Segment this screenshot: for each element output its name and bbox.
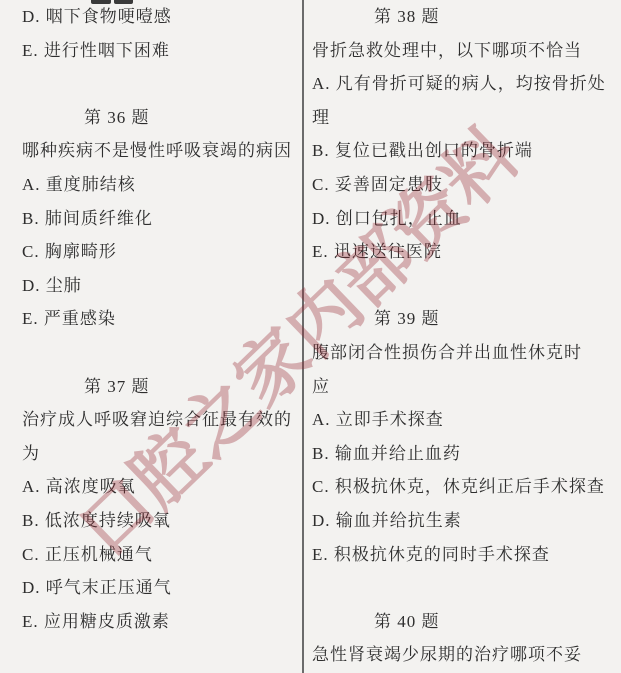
text-line: C. 积极抗休克，休克纠正后手术探查	[312, 470, 621, 504]
text-line: B. 低浓度持续吸氧	[22, 504, 302, 538]
text-line: A. 高浓度吸氧	[22, 470, 302, 504]
text-line: E. 迅速送往医院	[312, 235, 621, 269]
text-line: 为	[22, 437, 302, 471]
question-header: 第 36 题	[22, 101, 302, 135]
text-line: A. 重度肺结核	[22, 168, 302, 202]
text-line: 应	[312, 370, 621, 404]
text-line: 急性肾衰竭少尿期的治疗哪项不妥	[312, 638, 621, 672]
text-line: A. 凡有骨折可疑的病人，均按骨折处	[312, 67, 621, 101]
text-line: 腹部闭合性损伤合并出血性休克时	[312, 336, 621, 370]
text-line: E. 严重感染	[22, 302, 302, 336]
question-header: 第 40 题	[312, 605, 621, 639]
text-line: B. 复位已戳出创口的骨折端	[312, 134, 621, 168]
text-line: B. 输血并给止血药	[312, 437, 621, 471]
text-line: C. 胸廓畸形	[22, 235, 302, 269]
question-header: 第 38 题	[312, 0, 621, 34]
question-header: 第 37 题	[22, 370, 302, 404]
text-line: 骨折急救处理中，以下哪项不恰当	[312, 34, 621, 68]
text-line: A. 立即手术探查	[312, 403, 621, 437]
text-line: 治疗成人呼吸窘迫综合征最有效的	[22, 403, 302, 437]
scan-artifact	[91, 0, 111, 4]
text-line: B. 肺间质纤维化	[22, 202, 302, 236]
text-line: 哪种疾病不是慢性呼吸衰竭的病因	[22, 134, 302, 168]
text-line: C. 妥善固定患肢	[312, 168, 621, 202]
text-line: 理	[312, 101, 621, 135]
text-line: E. 积极抗休克的同时手术探查	[312, 538, 621, 572]
text-line: D. 咽下食物哽噎感	[22, 0, 302, 34]
scan-artifact	[114, 0, 133, 4]
question-header: 第 39 题	[312, 302, 621, 336]
text-line: E. 应用糖皮质激素	[22, 605, 302, 639]
text-line: D. 呼气末正压通气	[22, 571, 302, 605]
left-question-column: D. 咽下食物哽噎感E. 进行性咽下困难第 36 题哪种疾病不是慢性呼吸衰竭的病…	[0, 0, 302, 638]
text-line: C. 正压机械通气	[22, 538, 302, 572]
right-question-column: 第 38 题骨折急救处理中，以下哪项不恰当A. 凡有骨折可疑的病人，均按骨折处理…	[304, 0, 621, 672]
text-line: D. 尘肺	[22, 269, 302, 303]
text-line: E. 进行性咽下困难	[22, 34, 302, 68]
text-line: D. 输血并给抗生素	[312, 504, 621, 538]
text-line: D. 创口包扎，止血	[312, 202, 621, 236]
scanned-exam-page: D. 咽下食物哽噎感E. 进行性咽下困难第 36 题哪种疾病不是慢性呼吸衰竭的病…	[0, 0, 621, 673]
